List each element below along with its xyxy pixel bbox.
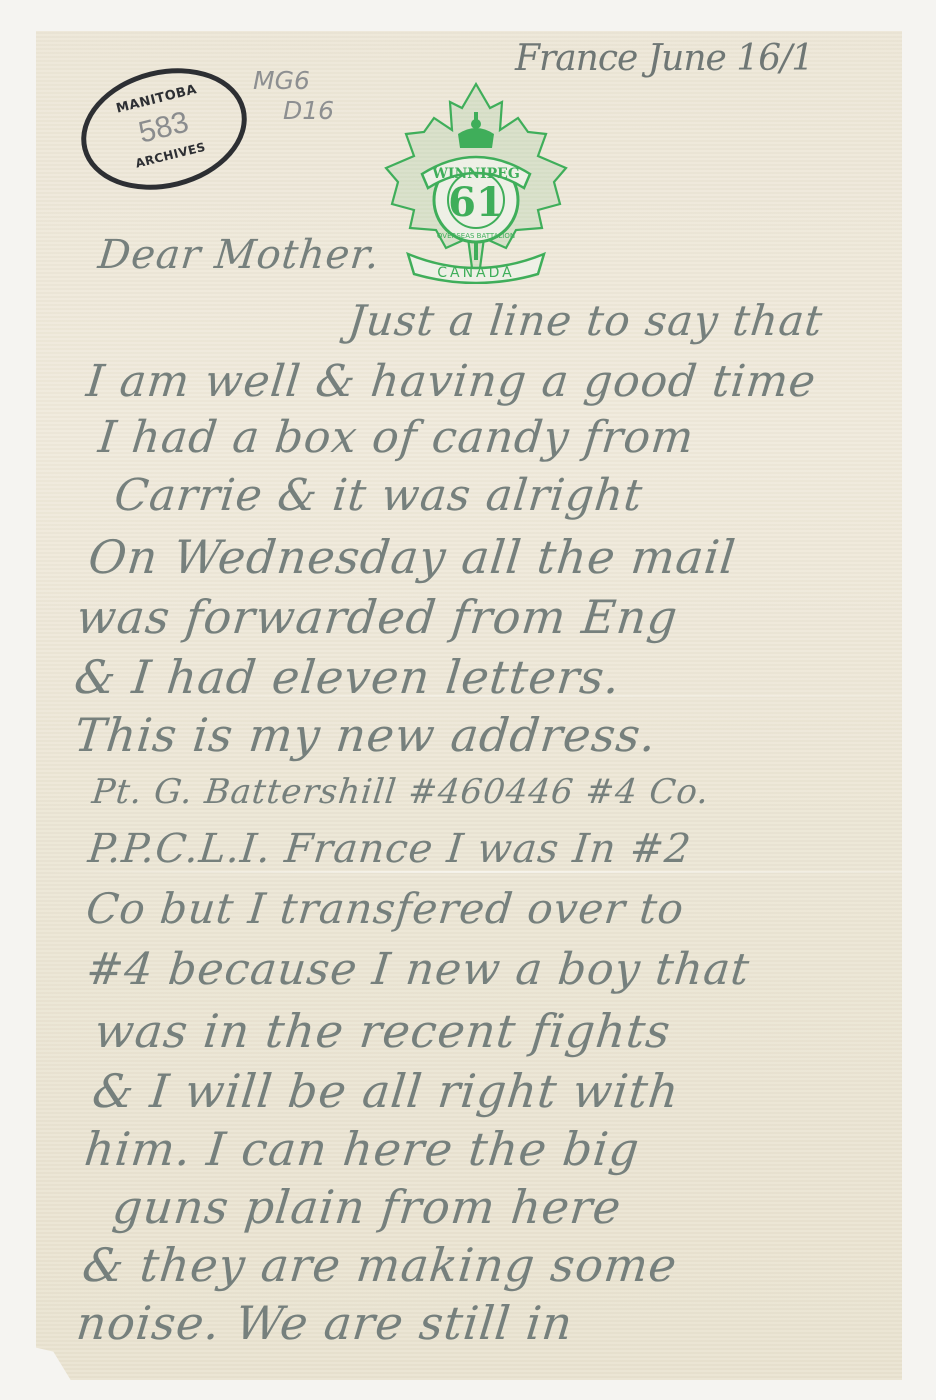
letter-date: France June 16/1 bbox=[515, 38, 813, 79]
crest-number: 61 bbox=[448, 179, 504, 226]
crest-ring-text: OVERSEAS BATTALION bbox=[437, 232, 515, 240]
maple-leaf-crown-crest-icon: WINNIPEG 61 OVERSEAS BATTALION CANADA bbox=[378, 78, 574, 284]
letter-line: & I had eleven letters. bbox=[72, 650, 623, 704]
letter-line: Just a line to say that bbox=[346, 296, 825, 345]
letter-line: was forwarded from Eng bbox=[74, 590, 681, 644]
call-number: MG6 D16 bbox=[253, 66, 334, 126]
letter-line: Pt. G. Battershill #460446 #4 Co. bbox=[90, 772, 711, 812]
letter-line: I am well & having a good time bbox=[84, 356, 819, 407]
letter-line: & I will be all right with bbox=[90, 1064, 682, 1118]
call-number-line2: D16 bbox=[253, 96, 334, 126]
call-number-line1: MG6 bbox=[253, 66, 334, 96]
letter-line: Carrie & it was alright bbox=[112, 470, 645, 521]
letter-line: guns plain from here bbox=[110, 1180, 624, 1234]
letter-line: I had a box of candy from bbox=[96, 412, 697, 463]
letter-line: & they are making some bbox=[80, 1238, 680, 1292]
letter-line: On Wednesday all the mail bbox=[86, 530, 739, 584]
letter-line: noise. We are still in bbox=[74, 1296, 576, 1350]
crest-country-text: CANADA bbox=[437, 265, 515, 281]
letter-line: Co but I transfered over to bbox=[84, 884, 687, 933]
letter-line: was in the recent fights bbox=[92, 1004, 673, 1058]
letter-line: P.P.C.L.I. France I was In #2 bbox=[86, 826, 694, 872]
letter-line: him. I can here the big bbox=[82, 1122, 642, 1176]
letter-line: This is my new address. bbox=[72, 708, 659, 762]
letter-salutation: Dear Mother. bbox=[96, 232, 382, 278]
letter-line: #4 because I new a boy that bbox=[84, 944, 752, 995]
